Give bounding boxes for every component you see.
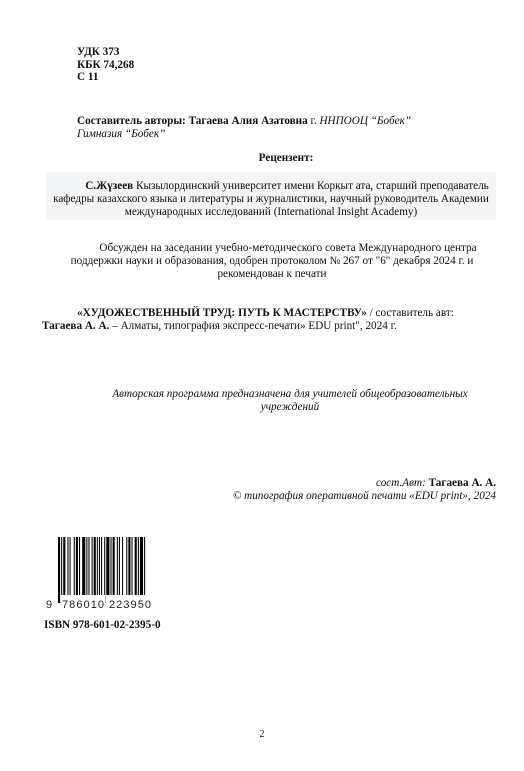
barcode-lead-digit: 9	[46, 599, 52, 611]
isbn-barcode: 9 786010 223950	[44, 537, 156, 611]
author-mark: С 11	[77, 71, 134, 84]
reviewer-text: С.Жүзеев Кызылординский университет имен…	[46, 180, 496, 219]
citation-suffix: / составитель авт:	[367, 307, 454, 319]
credits-printing: © типография оперативной печати «EDU pri…	[233, 490, 496, 503]
citation-author: Тагаева А. А.	[42, 320, 109, 332]
approval-body: Обсужден на заседании учебно-методическо…	[71, 242, 477, 280]
citation-block: «ХУДОЖЕСТВЕННЫЙ ТРУД: ПУТЬ К МАСТЕРСТВУ»…	[77, 307, 497, 333]
credits-label: сост.Авт:	[376, 477, 426, 489]
bbk-code: КБК 74,268	[77, 59, 134, 72]
classification-codes: УДК 373 КБК 74,268 С 11	[77, 46, 134, 84]
compiler-label: Составитель авторы:	[77, 115, 186, 127]
compiler-org: ННПООЦ “Бобек”	[319, 115, 411, 127]
barcode-group-2: 223950	[109, 599, 151, 611]
reviewer-heading: Рецензент:	[0, 152, 524, 165]
barcode-graphic: 9 786010 223950	[44, 537, 156, 611]
reviewer-name: С.Жүзеев	[85, 180, 133, 192]
udk-code: УДК 373	[77, 46, 134, 59]
purpose-text: Авторская программа предназначена для уч…	[90, 388, 490, 414]
citation-publisher: – Алматы, типография экспресс-печати» ED…	[109, 320, 396, 332]
approval-text: Обсужден на заседании учебно-методическо…	[60, 242, 484, 281]
credits-block: сост.Авт: Тагаева А. А. © типография опе…	[233, 477, 496, 503]
barcode-group-1: 786010	[62, 599, 104, 611]
compiler-city: г.	[308, 115, 320, 127]
compiler-gymnasium: Гимназия “Бобек”	[77, 128, 497, 141]
isbn-number: ISBN 978-601-02-2395-0	[44, 619, 161, 632]
compiler-name: Тагаева Алия Азатовна	[189, 115, 308, 127]
page-number: 2	[0, 728, 524, 741]
credits-author: Тагаева А. А.	[426, 477, 496, 489]
citation-title: «ХУДОЖЕСТВЕННЫЙ ТРУД: ПУТЬ К МАСТЕРСТВУ»	[77, 307, 367, 319]
compiler-block: Составитель авторы: Тагаева Алия Азатовн…	[77, 115, 497, 141]
